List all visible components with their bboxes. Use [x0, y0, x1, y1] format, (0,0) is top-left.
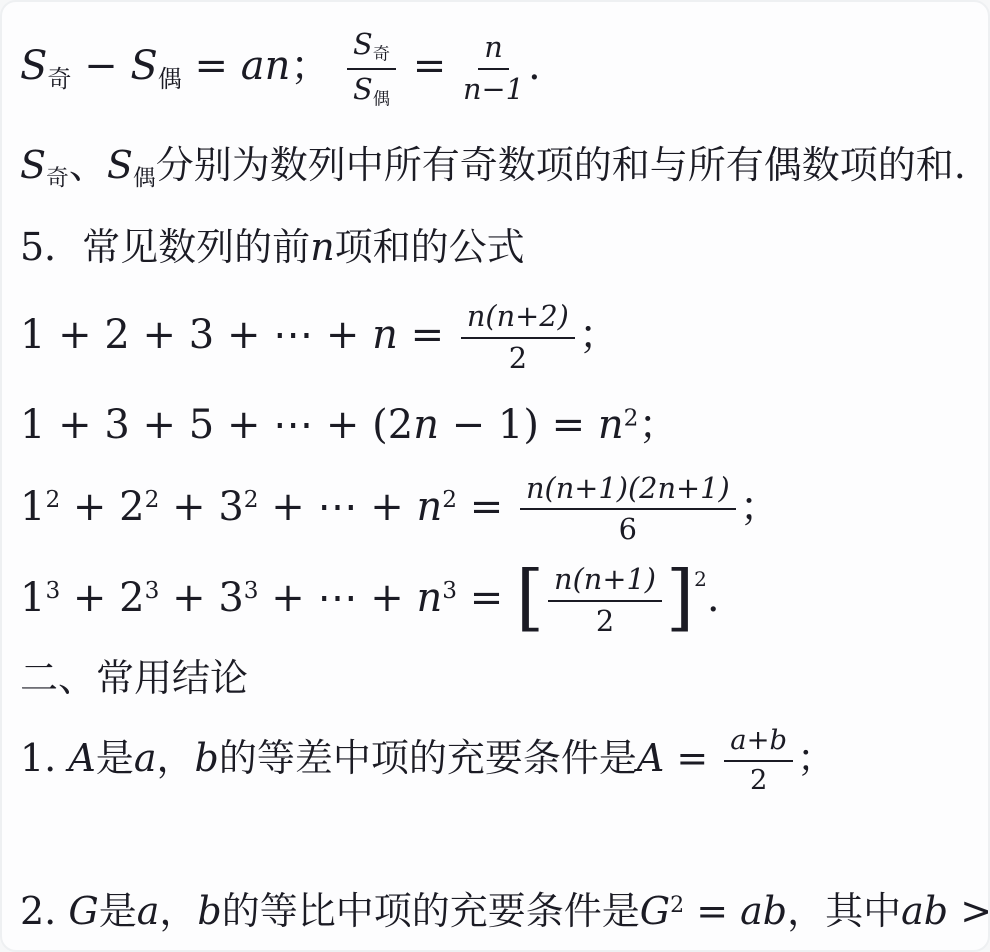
- fraction-numerator: n(n+1): [548, 563, 662, 602]
- term: + 2: [60, 483, 144, 529]
- fraction-n-over-n-minus-1: nn−1: [463, 31, 524, 107]
- series: 1 + 3 + 5 + ⋯ + (2: [20, 402, 413, 448]
- series-ellipsis: + ⋯ +: [259, 575, 417, 621]
- exponent: 3: [145, 578, 160, 605]
- left-bracket: [: [516, 555, 544, 639]
- punctuation: ；: [740, 483, 780, 529]
- math-var: S: [107, 143, 133, 187]
- punctuation: ，: [159, 889, 197, 933]
- punctuation: ；: [797, 736, 835, 780]
- subscript-even: 偶: [158, 65, 182, 93]
- math-notes-page: S奇 − S偶 = an； S奇S偶 = nn−1. S奇、S偶分别为数列中所有…: [0, 0, 990, 952]
- punctuation: ；: [579, 312, 619, 358]
- text: 的等差中项的充要条件是: [219, 736, 637, 780]
- math-var: ab: [740, 889, 787, 933]
- math-var: S: [20, 143, 46, 187]
- series-mid: − 1) =: [439, 402, 598, 448]
- math-var: G: [68, 889, 98, 933]
- text: 是: [96, 736, 134, 780]
- exponent: 2: [45, 486, 60, 513]
- operator: −: [71, 43, 130, 89]
- subscript-even: 偶: [133, 166, 156, 192]
- explanation-body: 分别为数列中所有奇数项的和与所有偶数项的和.: [156, 143, 966, 187]
- term: + 3: [159, 483, 243, 529]
- exponent: 2: [670, 893, 684, 918]
- fraction-n-n-plus-2-over-2: n(n+2)2: [461, 300, 575, 376]
- heading-text: 二、常用结论: [20, 656, 248, 700]
- term: + 3: [159, 575, 243, 621]
- exponent: 2: [145, 486, 160, 513]
- math-var: G: [640, 889, 670, 933]
- math-var: n: [310, 225, 334, 269]
- text: 是: [99, 889, 137, 933]
- math-var: S: [353, 72, 373, 106]
- math-var: A: [68, 736, 95, 780]
- fraction-numerator: S奇: [347, 28, 396, 70]
- period: .: [528, 43, 541, 89]
- equals: =: [182, 43, 241, 89]
- punctuation: ；: [290, 43, 343, 89]
- subscript-odd: 奇: [373, 45, 390, 65]
- series-ellipsis: + ⋯ +: [259, 483, 417, 529]
- fraction-denominator: 2: [750, 762, 767, 797]
- formula-sum-squares: 12 + 22 + 32 + ⋯ + n2 = n(n+1)(2n+1)6；: [20, 472, 974, 548]
- exponent: 2: [244, 486, 259, 513]
- text: ，其中: [787, 889, 901, 933]
- period: .: [707, 575, 720, 621]
- fraction-denominator: 2: [596, 602, 614, 639]
- series: 1 + 2 + 3 + ⋯ +: [20, 312, 372, 358]
- exponent: 3: [442, 578, 457, 605]
- conclusion-2-geometric-mean: 2. G是a，b的等比中项的充要条件是G2 = ab，其中ab > 0.: [20, 890, 974, 934]
- fraction-sum-cubes: n(n+1)2: [548, 563, 662, 639]
- fraction-numerator: n: [478, 31, 509, 70]
- fraction-a-plus-b-over-2: a+b2: [724, 725, 793, 798]
- item-number: 2.: [20, 889, 68, 933]
- section-heading-5: 5．常见数列的前n项和的公式: [20, 226, 974, 270]
- exponent: 3: [45, 578, 60, 605]
- math-var: n: [413, 402, 439, 448]
- exponent: 2: [624, 404, 639, 431]
- math-var: b: [197, 889, 221, 933]
- heading-prefix: 5．常见数列的前: [20, 225, 310, 269]
- formula-sum-odds: 1 + 3 + 5 + ⋯ + (2n − 1) = n2；: [20, 402, 974, 448]
- math-var: a: [137, 889, 160, 933]
- heading-suffix: 项和的公式: [335, 225, 525, 269]
- fraction-sum-squares: n(n+1)(2n+1)6: [520, 472, 736, 548]
- exponent: 2: [442, 486, 457, 513]
- term: 1: [20, 483, 45, 529]
- math-var: n: [416, 575, 442, 621]
- fraction-denominator: S偶: [353, 70, 390, 110]
- math-var: n: [598, 402, 624, 448]
- exponent: 2: [694, 567, 707, 591]
- fraction-denominator: n−1: [463, 70, 524, 107]
- math-var: b: [194, 736, 218, 780]
- fraction-numerator: n(n+2): [461, 300, 575, 339]
- formula-sum-integers: 1 + 2 + 3 + ⋯ + n = n(n+2)2；: [20, 300, 974, 376]
- fraction-numerator: n(n+1)(2n+1): [520, 472, 736, 511]
- text: 的等比中项的充要条件是: [222, 889, 640, 933]
- right-bracket: ]: [666, 555, 694, 639]
- math-var: S: [20, 43, 47, 89]
- math-var: S: [353, 27, 373, 61]
- term: 1: [20, 575, 45, 621]
- equals: =: [684, 889, 740, 933]
- math-var: A: [637, 736, 664, 780]
- subscript-even: 偶: [373, 90, 390, 110]
- exponent: 3: [244, 578, 259, 605]
- item-number: 1.: [20, 736, 68, 780]
- punctuation: ；: [638, 402, 678, 448]
- conclusion-1-arithmetic-mean: 1. A是a，b的等差中项的充要条件是A = a+b2；: [20, 725, 974, 798]
- section-heading-2: 二、常用结论: [20, 657, 974, 701]
- punctuation: ，: [156, 736, 194, 780]
- equals: =: [664, 736, 720, 780]
- math-var: ab: [901, 889, 948, 933]
- formula-sum-cubes: 13 + 23 + 33 + ⋯ + n3 = [n(n+1)2]2.: [20, 563, 974, 639]
- punctuation: 、: [69, 143, 107, 187]
- fraction-numerator: a+b: [724, 725, 793, 762]
- equals: =: [457, 483, 516, 529]
- equals: =: [400, 43, 459, 89]
- math-var: a: [134, 736, 157, 780]
- fraction-denominator: 2: [509, 339, 527, 376]
- inequality: > 0.: [948, 889, 990, 933]
- equals: =: [457, 575, 516, 621]
- explanation-text: S奇、S偶分别为数列中所有奇数项的和与所有偶数项的和.: [20, 144, 974, 192]
- math-var: n: [416, 483, 442, 529]
- fraction-denominator: 6: [619, 510, 637, 547]
- math-var: n: [372, 312, 398, 358]
- formula-odd-even-sum: S奇 − S偶 = an； S奇S偶 = nn−1.: [20, 20, 974, 110]
- fraction-sodd-over-seven: S奇S偶: [347, 28, 396, 110]
- subscript-odd: 奇: [47, 65, 71, 93]
- subscript-odd: 奇: [46, 166, 69, 192]
- term: + 2: [60, 575, 144, 621]
- math-var: S: [130, 43, 157, 89]
- equals: =: [398, 312, 457, 358]
- math-var: an: [241, 43, 291, 89]
